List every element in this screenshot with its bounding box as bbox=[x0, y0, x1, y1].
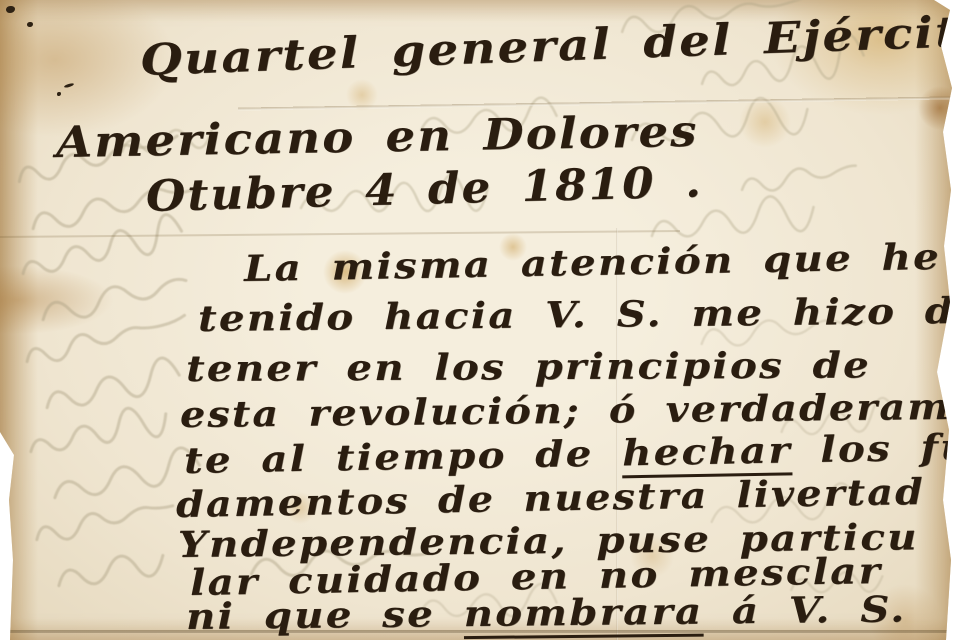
body-line-5-post: los fun bbox=[791, 426, 960, 472]
body-line-9-post: á V. S. bbox=[703, 588, 907, 632]
body-line-2: tenido hacia V. S. me hizo de bbox=[198, 290, 960, 340]
body-line-9-pre: ni que se bbox=[186, 593, 464, 638]
manuscript-photo: Quartel general del Ejército Americano e… bbox=[0, 0, 960, 640]
underlined-word-nombrara: nombrara bbox=[463, 591, 703, 640]
underlined-word-hechar: hechar bbox=[622, 429, 792, 478]
body-line-9: ni que se nombrara á V. S. bbox=[186, 588, 907, 638]
body-line-5-pre: te al tiempo de bbox=[184, 432, 623, 482]
manuscript-page: Quartel general del Ejército Americano e… bbox=[0, 0, 960, 640]
body-line-3: tener en los principios de bbox=[186, 344, 871, 390]
